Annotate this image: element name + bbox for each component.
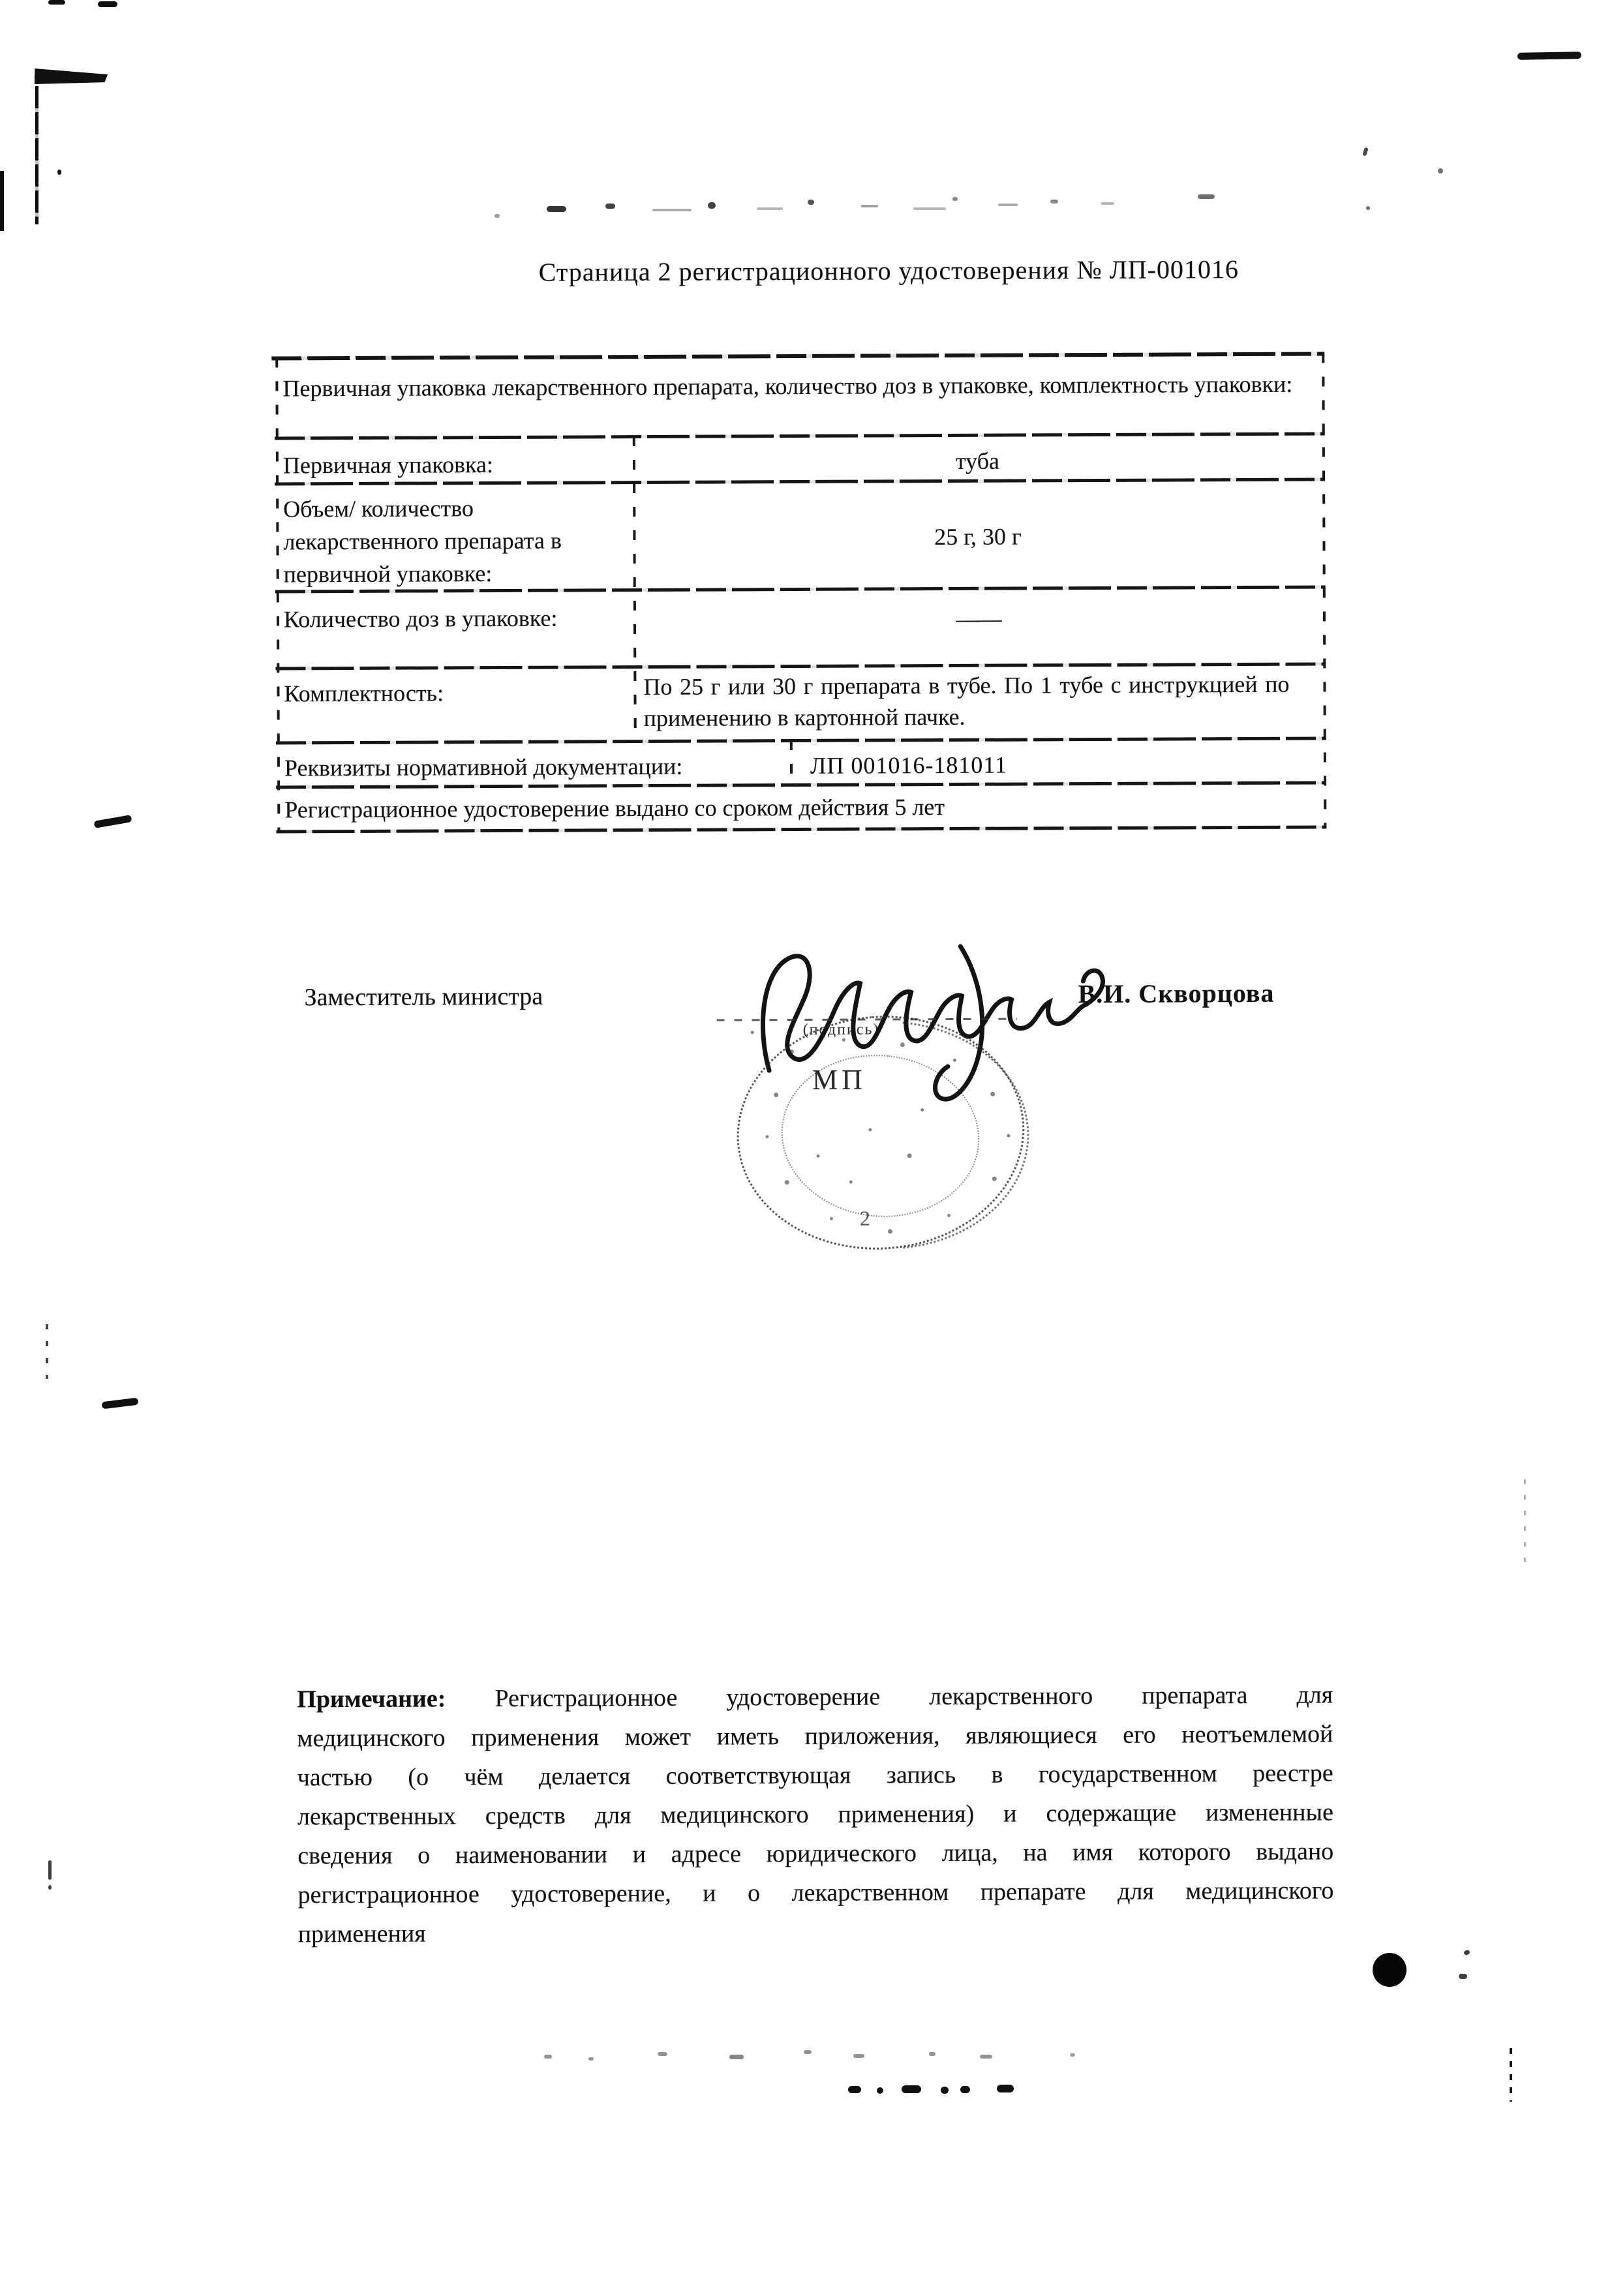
row-value-completeness: По 25 г или 30 г препарата в тубе. По 1 …: [643, 669, 1289, 734]
note-line-1: Примечание: Регистрационное удостоверени…: [297, 1675, 1333, 1719]
table-border: [790, 740, 793, 785]
seal-speckles: [751, 1031, 754, 1034]
row-label-volume: Объем/ количество лекарственного препара…: [283, 491, 590, 590]
seal-mp-text: МП: [812, 1063, 866, 1096]
note-line-6: регистрационное удостоверение, и о лекар…: [297, 1871, 1333, 1914]
seal-small-mark: 2: [860, 1207, 870, 1231]
table-border: [271, 352, 1324, 360]
table-border: [1322, 353, 1326, 826]
row-value-doses: ——: [633, 600, 1323, 637]
document-page: Страница 2 регистрационного удостоверени…: [0, 0, 1597, 2296]
row-label-primary-packaging: Первичная упаковка:: [283, 447, 493, 482]
note-line-7: применения: [298, 1910, 1334, 1954]
table-row-validity: Регистрационное удостоверение выдано со …: [284, 789, 1315, 827]
row-value-primary-packaging: туба: [633, 442, 1322, 479]
note-line-3: частью (о чём делается соответствующая з…: [297, 1753, 1333, 1797]
ministry-seal: МП 2: [0, 0, 1593, 3]
scanned-content: Страница 2 регистрационного удостоверени…: [0, 0, 1597, 2296]
note-text: Регистрационное удостоверение лекарствен…: [494, 1681, 1333, 1712]
row-value-normative-docs: ЛП 001016-181011: [810, 748, 1007, 783]
note-label: Примечание:: [297, 1685, 446, 1713]
page-title: Страница 2 регистрационного удостоверени…: [539, 254, 1240, 288]
note-line-2: медицинского применения может иметь прил…: [297, 1714, 1333, 1758]
signer-role: Заместитель министра: [304, 982, 543, 1012]
row-label-normative-docs: Реквизиты нормативной документации:: [284, 749, 683, 785]
row-value-volume: 25 г, 30 г: [633, 518, 1322, 555]
row-label-completeness: Комплектность:: [284, 676, 444, 710]
table-border: [275, 357, 280, 831]
packaging-table: Первичная упаковка лекарственного препар…: [0, 0, 1593, 3]
table-border: [275, 432, 1325, 440]
note-line-5: сведения о наименовании и адресе юридиче…: [297, 1832, 1333, 1875]
table-border: [276, 825, 1326, 833]
note-block: Примечание: Регистрационное удостоверени…: [297, 1675, 1334, 1954]
note-line-4: лекарственных средств для медицинского п…: [297, 1792, 1333, 1836]
row-label-doses: Количество доз в упаковке:: [284, 601, 558, 637]
table-row-primary-packaging-header: Первичная упаковка лекарственного препар…: [282, 367, 1300, 406]
table-border: [276, 736, 1326, 744]
